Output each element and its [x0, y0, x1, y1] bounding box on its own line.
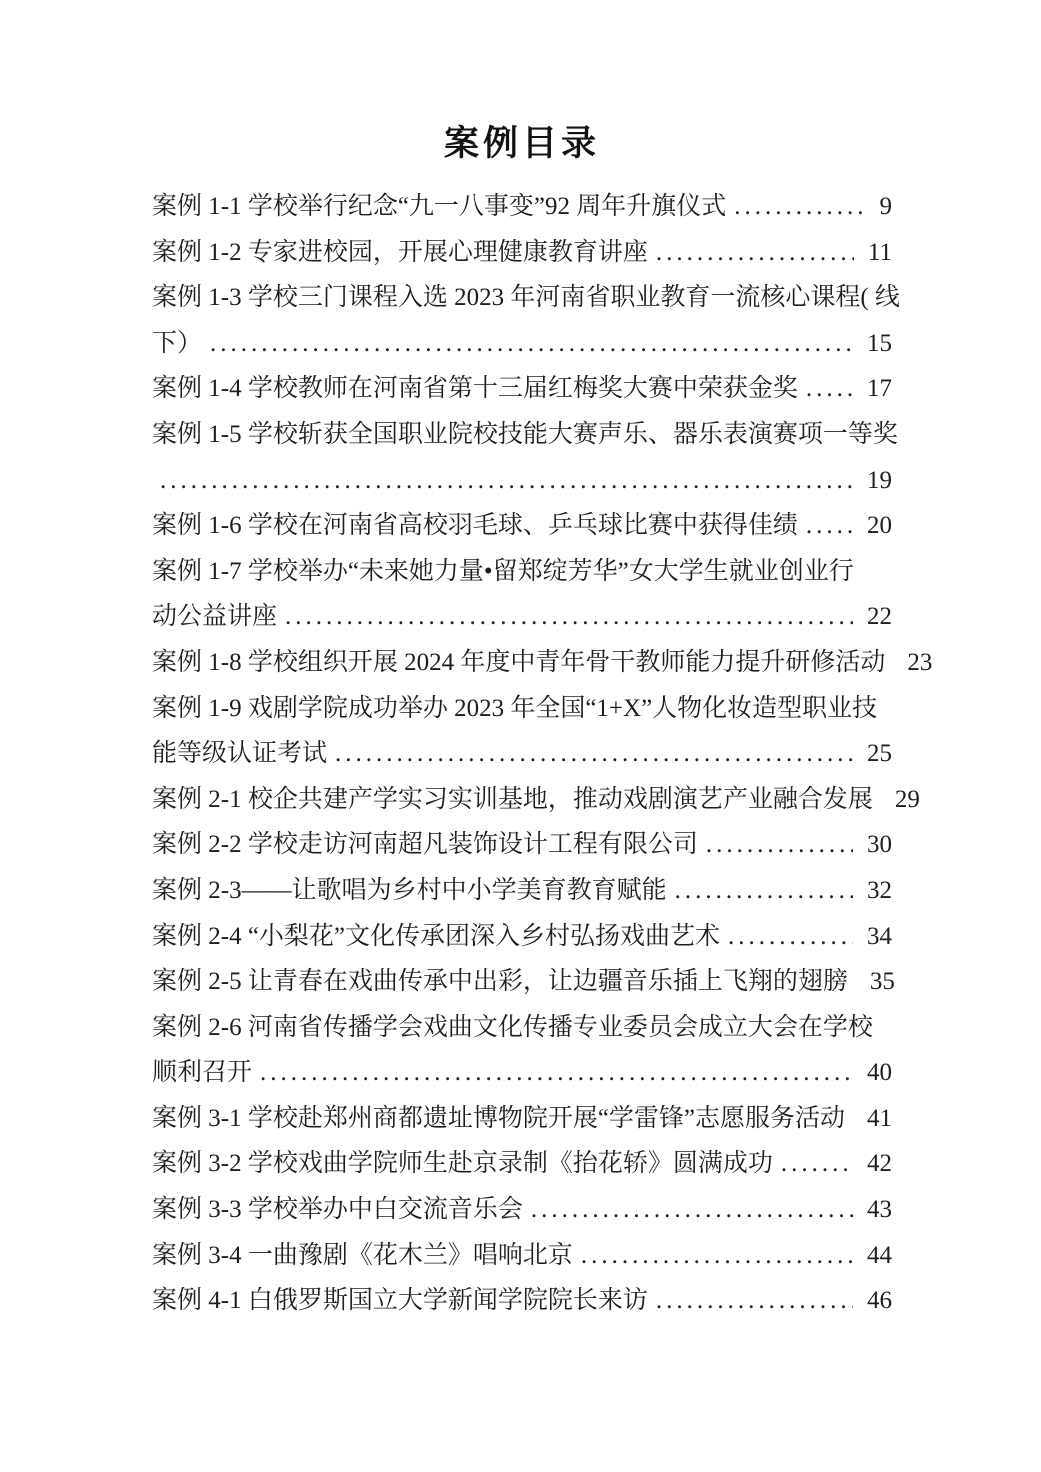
- page-number: 34: [867, 914, 892, 960]
- toc-entry-text: 案例 1-8 学校组织开展 2024 年度中青年骨干教师能力提升研修活动: [152, 640, 885, 686]
- toc-entry-text: 案例 2-2 学校走访河南超凡装饰设计工程有限公司: [152, 822, 698, 868]
- toc-entry: 案例 1-3 学校三门课程入选 2023 年河南省职业教育一流核心课程( 线 下…: [152, 275, 892, 366]
- toc-entry-text: 案例 3-2 学校戏曲学院师生赴京录制《抬花轿》圆满成功: [152, 1141, 773, 1187]
- dot-leader: [260, 1050, 853, 1096]
- page-number: 25: [867, 731, 892, 777]
- page-number: 17: [867, 366, 892, 412]
- dot-leader: [210, 321, 853, 367]
- toc-entry: 案例 1-9 戏剧学院成功举办 2023 年全国“1+X”人物化妆造型职业技 能…: [152, 686, 892, 777]
- toc-entry-text: 案例 2-5 让青春在戏曲传承中出彩，让边疆音乐插上飞翔的翅膀: [152, 959, 848, 1005]
- dot-leader: [656, 1278, 853, 1324]
- toc-entry: 案例 2-2 学校走访河南超凡装饰设计工程有限公司 30: [152, 822, 892, 868]
- page-number: 41: [867, 1096, 892, 1142]
- toc-entry-text: 案例 3-4 一曲豫剧《花木兰》唱响北京: [152, 1233, 573, 1279]
- toc-entry-text: 案例 2-4 “小梨花”文化传承团深入乡村弘扬戏曲艺术: [152, 914, 720, 960]
- toc-entry-text: 案例 3-1 学校赴郑州商都遗址博物院开展“学雷锋”志愿服务活动: [152, 1096, 845, 1142]
- toc-entry: 案例 3-3 学校举办中白交流音乐会 43: [152, 1187, 892, 1233]
- dot-leader: [734, 184, 865, 230]
- toc-entry-text: 案例 1-7 学校举办“未来她力量•留郑绽芳华”女大学生就业创业行: [152, 549, 854, 595]
- dot-leader: [160, 458, 853, 504]
- toc-entry: 案例 3-4 一曲豫剧《花木兰》唱响北京 44: [152, 1233, 892, 1279]
- page-number: 44: [867, 1233, 892, 1279]
- page-number: 22: [867, 594, 892, 640]
- dot-leader: [285, 594, 853, 640]
- toc-entry-text: 案例 4-1 白俄罗斯国立大学新闻学院院长来访: [152, 1278, 648, 1324]
- dot-leader: [781, 1141, 853, 1187]
- page-number: 23: [907, 640, 932, 686]
- toc-entry: 案例 1-8 学校组织开展 2024 年度中青年骨干教师能力提升研修活动 23: [152, 640, 892, 686]
- page-number: 29: [895, 777, 920, 823]
- toc-entry: 案例 2-1 校企共建产学实习实训基地，推动戏剧演艺产业融合发展 29: [152, 777, 892, 823]
- page-number: 35: [870, 959, 895, 1005]
- page-number: 20: [867, 503, 892, 549]
- table-of-contents: 案例 1-1 学校举行纪念“九一八事变”92 周年升旗仪式 9 案例 1-2 专…: [152, 184, 892, 1324]
- toc-entry-text: 案例 1-4 学校教师在河南省第十三届红梅奖大赛中荣获金奖: [152, 366, 798, 412]
- dot-leader: [806, 366, 853, 412]
- toc-entry: 案例 1-6 学校在河南省高校羽毛球、乒乓球比赛中获得佳绩 20: [152, 503, 892, 549]
- dot-leader: [706, 822, 853, 868]
- page-number: 19: [867, 458, 892, 504]
- toc-entry-text: 案例 2-6 河南省传播学会戏曲文化传播专业委员会成立大会在学校: [152, 1005, 873, 1051]
- dot-leader: [806, 503, 853, 549]
- toc-entry: 案例 1-2 专家进校园，开展心理健康教育讲座 11: [152, 230, 892, 276]
- dot-leader: [656, 230, 854, 276]
- dot-leader: [675, 868, 853, 914]
- toc-entry: 案例 1-4 学校教师在河南省第十三届红梅奖大赛中荣获金奖 17: [152, 366, 892, 412]
- toc-entry: 案例 1-1 学校举行纪念“九一八事变”92 周年升旗仪式 9: [152, 184, 892, 230]
- toc-entry-text: 案例 1-5 学校斩获全国职业院校技能大赛声乐、器乐表演赛项一等奖: [152, 412, 898, 458]
- dot-leader: [531, 1187, 853, 1233]
- dot-leader: [335, 731, 853, 777]
- dot-leader: [728, 914, 853, 960]
- page-title: 案例目录: [152, 122, 892, 166]
- toc-entry: 案例 1-5 学校斩获全国职业院校技能大赛声乐、器乐表演赛项一等奖 19: [152, 412, 892, 503]
- toc-entry-text: 顺利召开: [152, 1050, 252, 1096]
- page-number: 42: [867, 1141, 892, 1187]
- toc-entry-text: 下）: [152, 321, 202, 367]
- toc-entry: 案例 2-4 “小梨花”文化传承团深入乡村弘扬戏曲艺术 34: [152, 914, 892, 960]
- page-number: 32: [867, 868, 892, 914]
- toc-entry-text: 案例 1-3 学校三门课程入选 2023 年河南省职业教育一流核心课程( 线: [152, 275, 900, 321]
- toc-entry-text: 案例 1-6 学校在河南省高校羽毛球、乒乓球比赛中获得佳绩: [152, 503, 798, 549]
- document-page: 案例目录 案例 1-1 学校举行纪念“九一八事变”92 周年升旗仪式 9 案例 …: [0, 0, 1041, 1472]
- toc-entry-text: 案例 1-9 戏剧学院成功举办 2023 年全国“1+X”人物化妆造型职业技: [152, 686, 877, 732]
- toc-entry: 案例 3-1 学校赴郑州商都遗址博物院开展“学雷锋”志愿服务活动 41: [152, 1096, 892, 1142]
- page-number: 46: [867, 1278, 892, 1324]
- dot-leader: [581, 1233, 853, 1279]
- page-number: 11: [868, 230, 892, 276]
- toc-entry-text: 案例 2-1 校企共建产学实习实训基地，推动戏剧演艺产业融合发展: [152, 777, 873, 823]
- toc-entry-text: 案例 3-3 学校举办中白交流音乐会: [152, 1187, 523, 1233]
- toc-entry: 案例 3-2 学校戏曲学院师生赴京录制《抬花轿》圆满成功 42: [152, 1141, 892, 1187]
- page-number: 30: [867, 822, 892, 868]
- page-number: 15: [867, 321, 892, 367]
- toc-entry-text: 动公益讲座: [152, 594, 277, 640]
- page-number: 9: [880, 184, 893, 230]
- toc-entry: 案例 2-6 河南省传播学会戏曲文化传播专业委员会成立大会在学校 顺利召开 40: [152, 1005, 892, 1096]
- toc-entry-text: 案例 1-1 学校举行纪念“九一八事变”92 周年升旗仪式: [152, 184, 726, 230]
- page-number: 40: [867, 1050, 892, 1096]
- toc-entry: 案例 4-1 白俄罗斯国立大学新闻学院院长来访 46: [152, 1278, 892, 1324]
- toc-entry-text: 案例 1-2 专家进校园，开展心理健康教育讲座: [152, 230, 648, 276]
- toc-entry: 案例 2-5 让青春在戏曲传承中出彩，让边疆音乐插上飞翔的翅膀 35: [152, 959, 892, 1005]
- toc-entry: 案例 1-7 学校举办“未来她力量•留郑绽芳华”女大学生就业创业行 动公益讲座 …: [152, 549, 892, 640]
- toc-entry: 案例 2-3——让歌唱为乡村中小学美育教育赋能 32: [152, 868, 892, 914]
- page-number: 43: [867, 1187, 892, 1233]
- toc-entry-text: 案例 2-3——让歌唱为乡村中小学美育教育赋能: [152, 868, 667, 914]
- toc-entry-text: 能等级认证考试: [152, 731, 327, 777]
